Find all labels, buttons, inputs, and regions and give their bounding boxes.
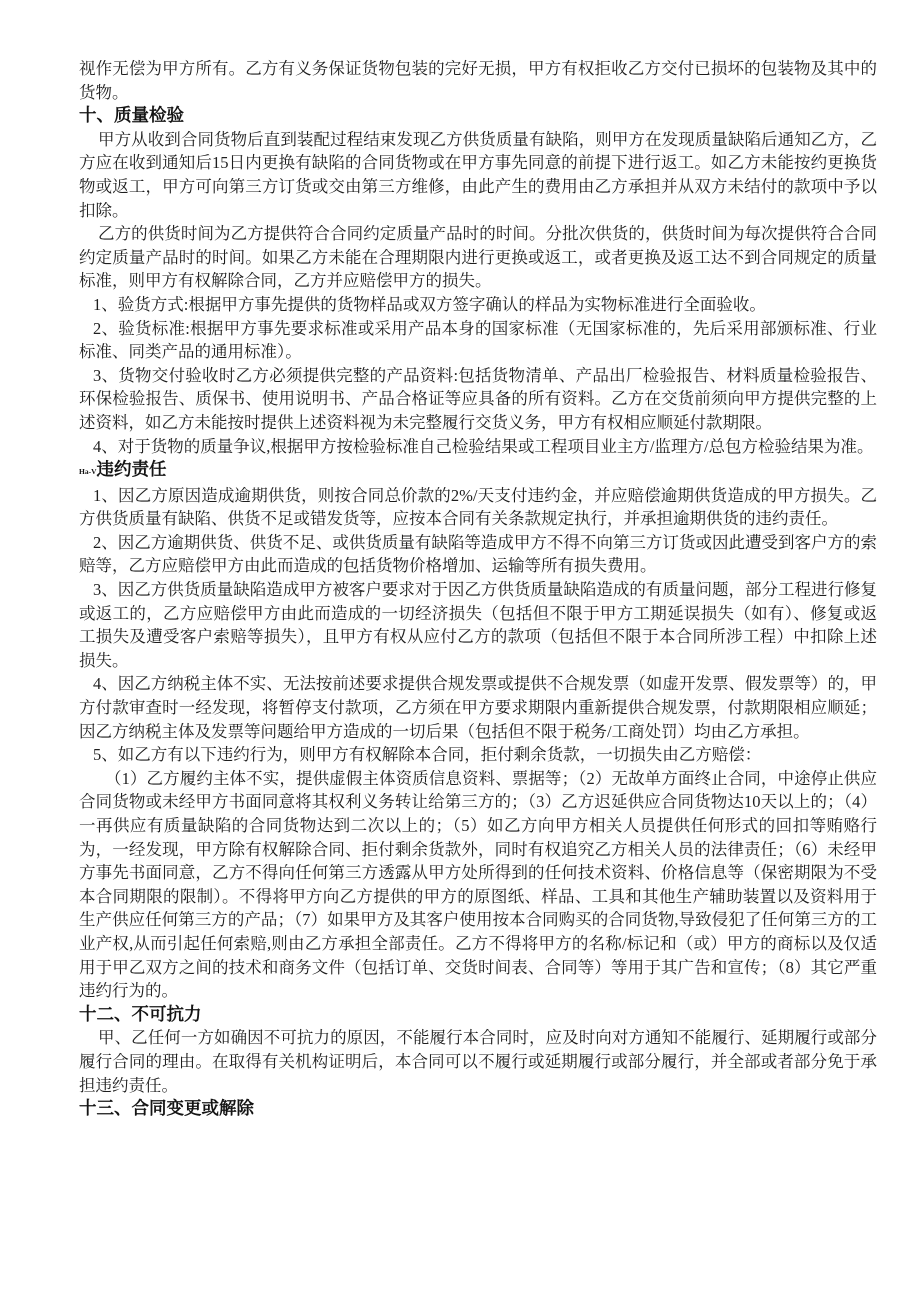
item-quality-dispute: 4、对于货物的质量争议,根据甲方按检验标准自己检验结果或工程项目业主方/监理方/… (79, 435, 877, 459)
section-heading-contract-change-or-termination: 十三、合同变更或解除 (79, 1097, 877, 1121)
para-defect-replacement: 甲方从收到合同货物后直到装配过程结束发现乙方供货质量有缺陷，则甲方在发现质量缺陷… (79, 128, 877, 222)
breach-liability-heading-text: 违约责任 (97, 459, 167, 479)
para-force-majeure-terms: 甲、乙任何一方如确因不可抗力的原因，不能履行本合同时，应及时向对方通知不能履行、… (79, 1026, 877, 1097)
item-inspection-standard: 2、验货标准:根据甲方事先要求标准或采用产品本身的国家标准（无国家标准的，先后采… (79, 317, 877, 364)
breach-item-termination-conditions-intro: 5、如乙方有以下违约行为，则甲方有权解除本合同，拒付剩余货款，一切损失由乙方赔偿… (79, 743, 877, 767)
heading-artifact-prefix: Ha-V (79, 467, 97, 476)
breach-item-late-delivery-penalty: 1、因乙方原因造成逾期供货，则按合同总价款的2%/天支付违约金，并应赔偿逾期供货… (79, 484, 877, 531)
section-heading-force-majeure: 十二、不可抗力 (79, 1003, 877, 1027)
breach-item-invoice-tax-issues: 4、因乙方纳税主体不实、无法按前述要求提供合规发票或提供不合规发票（如虚开发票、… (79, 672, 877, 743)
clause-packaging-continuation: 视作无偿为甲方所有。乙方有义务保证货物包装的完好无损，甲方有权拒收乙方交付已损坏… (79, 57, 877, 104)
breach-item-third-party-order-compensation: 2、因乙方逾期供货、供货不足、或供货质量有缺陷等造成甲方不得不向第三方订货或因此… (79, 531, 877, 578)
breach-subitems-1-to-8: （1）乙方履约主体不实，提供虚假主体资质信息资料、票据等；（2）无故单方面终止合… (79, 767, 877, 1003)
contract-document-page: 视作无偿为甲方所有。乙方有义务保证货物包装的完好无损，甲方有权拒收乙方交付已损坏… (0, 0, 920, 1301)
para-delivery-time-definition: 乙方的供货时间为乙方提供符合合同约定质量产品时的时间。分批次供货的，供货时间为每… (79, 222, 877, 293)
item-product-documents: 3、货物交付验收时乙方必须提供完整的产品资料:包括货物清单、产品出厂检验报告、材… (79, 364, 877, 435)
section-heading-breach-liability: Ha-V违约责任 (79, 458, 877, 484)
breach-item-quality-defect-losses: 3、因乙方供货质量缺陷造成甲方被客户要求对于因乙方供货质量缺陷造成的有质量问题，… (79, 578, 877, 672)
section-heading-quality-inspection: 十、质量检验 (79, 104, 877, 128)
item-inspection-method: 1、验货方式:根据甲方事先提供的货物样品或双方签字确认的样品为实物标准进行全面验… (79, 293, 877, 317)
